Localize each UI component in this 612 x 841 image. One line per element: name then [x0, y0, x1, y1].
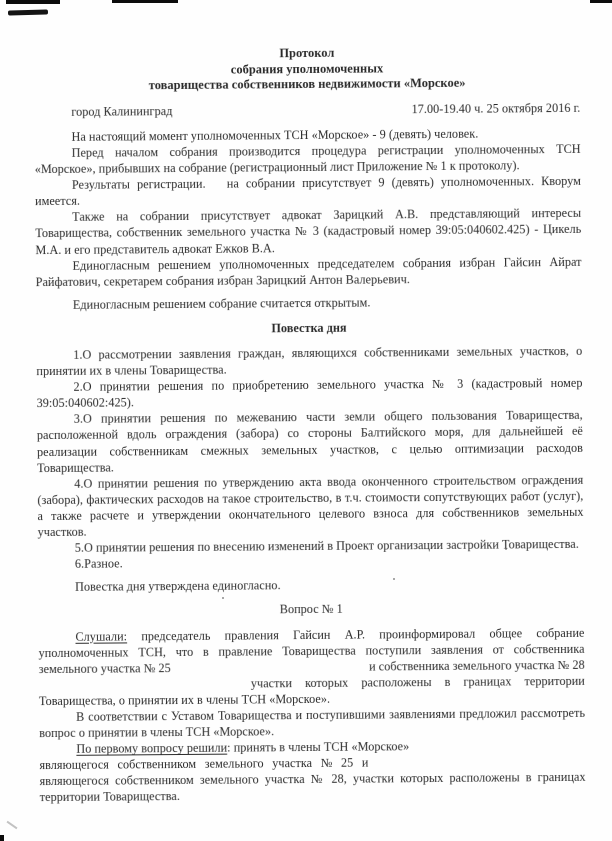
agenda-item-3: 3.О принятии решения по межеванию части … [37, 407, 583, 476]
resolved-line-1-rest: : принять в члены ТСН «Морское» [227, 739, 409, 754]
scanned-document-page: Протокол собрания уполномоченных товарищ… [0, 0, 612, 841]
agenda-item-2: 2.О принятии решения по приобретению зем… [36, 375, 582, 411]
place-date-row: город Калининград 17.00-19.40 ч. 25 октя… [34, 100, 580, 120]
datetime-label: 17.00-19.40 ч. 25 октября 2016 г. [412, 100, 581, 117]
heard-line-1-rest: председатель правления Гайсин А.Р. проин… [127, 625, 584, 643]
question-1-heard-paragraph: Слушали: председатель правления Гайсин А… [38, 624, 585, 709]
paragraph-meeting-open: Единогласным решением собрание считается… [36, 293, 582, 313]
scan-artifact-bottom-left [0, 835, 4, 841]
agenda-approved: Повестка дня утверждена единогласно. [38, 575, 584, 595]
resolution-paragraph: По первому вопросу решили: принять в чле… [39, 737, 585, 806]
document-content: Протокол собрания уполномоченных товарищ… [0, 0, 612, 806]
agenda-heading: Повестка дня [36, 318, 582, 338]
paragraph-attendees: Также на собрании присутствует адвокат З… [35, 205, 581, 258]
heard-line-3-left: земельного участка № 25 [39, 660, 171, 677]
agenda-item-1: 1.О рассмотрении заявления граждан, явля… [36, 343, 582, 379]
agenda-item-4: 4.О принятии решения по утверждению акта… [37, 472, 583, 541]
title-line-3: товарищества собственников недвижимости … [34, 75, 580, 95]
agenda-item-6: 6.Разное. [38, 552, 584, 572]
scan-artifact-faint-mark [7, 821, 18, 830]
resolved-line-4: территории Товарищества. [40, 785, 586, 805]
intro-section: На настоящий момент уполномоченных ТСН «… [34, 125, 581, 313]
question-1-heading: Вопрос № 1 [38, 599, 584, 619]
agenda-list: 1.О рассмотрении заявления граждан, явля… [36, 343, 584, 573]
paragraph-registration-results: Результаты регистрации. на собрании прис… [35, 173, 581, 209]
resolved-label: По первому вопросу решили [76, 741, 227, 756]
city-label: город Калининград [71, 103, 172, 120]
document-title: Протокол собрания уполномоченных товарищ… [34, 44, 580, 95]
heard-label: Слушали: [75, 629, 127, 643]
paragraph-chairman-elected: Единогласным решением уполномоченных пре… [35, 253, 581, 289]
paragraph-registration-procedure: Перед началом собрания производится проц… [35, 141, 581, 177]
charter-paragraph: В соответствии с Уставом Товарищества и … [39, 705, 585, 741]
heard-line-3-right: и собственника земельного участка № 28 [369, 657, 585, 675]
